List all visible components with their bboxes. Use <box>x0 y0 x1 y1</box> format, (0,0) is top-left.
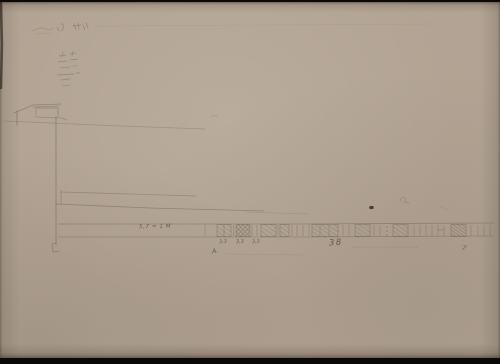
paper-grain-texture <box>0 2 500 358</box>
dimension-label: 3,3 <box>219 240 227 245</box>
scale-annotation: 5,7 = 1 M <box>139 225 171 231</box>
pencil-drawing <box>0 0 500 364</box>
letter-annotation: A. <box>212 248 219 255</box>
dimension-label: 3,3 <box>252 240 260 245</box>
total-dimension-label: 38 <box>329 239 343 248</box>
photographed-pencil-sketch: { "page": { "background_color": "#0b0907… <box>0 0 500 364</box>
dimension-label: 3,3 <box>236 240 244 245</box>
